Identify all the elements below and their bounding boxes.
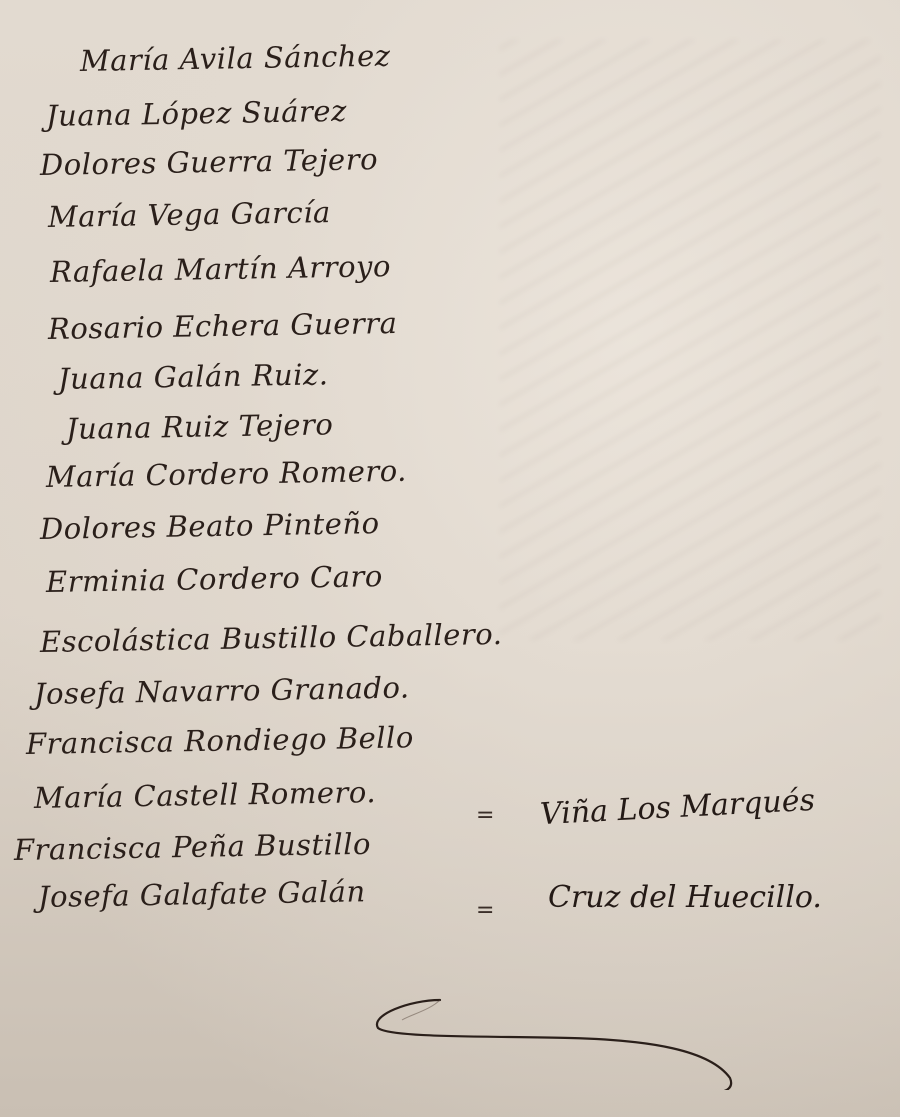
equals-separator: = — [476, 803, 494, 828]
list-item: Rosario Echera Guerra — [48, 306, 398, 346]
document-page: María Avila Sánchez Juana López Suárez D… — [0, 0, 900, 1117]
list-item: María Avila Sánchez — [80, 39, 391, 78]
equals-separator: = — [476, 898, 494, 923]
list-item: María Vega García — [48, 195, 331, 234]
list-item: Escolástica Bustillo Caballero. — [40, 617, 503, 659]
list-item: María Cordero Romero. — [46, 454, 407, 494]
list-item: Erminia Cordero Caro — [46, 559, 383, 599]
flourish-stroke — [370, 970, 770, 1090]
list-item: Rafaela Martín Arroyo — [50, 249, 391, 289]
list-item: Josefa Navarro Granado. — [34, 670, 410, 711]
list-item: María Castell Romero. — [34, 775, 377, 815]
list-item: Francisca Rondiego Bello — [26, 720, 414, 761]
list-item: Juana Galán Ruiz. — [58, 357, 329, 396]
name-list: María Avila Sánchez Juana López Suárez D… — [0, 0, 900, 1117]
list-item: Josefa Galafate Galán — [38, 874, 366, 914]
list-item: Dolores Beato Pinteño — [40, 506, 380, 546]
list-item: Juana López Suárez — [46, 94, 347, 133]
list-item: Francisca Peña Bustillo — [14, 827, 372, 867]
list-item: Juana Ruiz Tejero — [66, 407, 334, 446]
place-annotation: Cruz del Huecillo. — [548, 880, 822, 915]
list-item: Dolores Guerra Tejero — [40, 142, 379, 182]
